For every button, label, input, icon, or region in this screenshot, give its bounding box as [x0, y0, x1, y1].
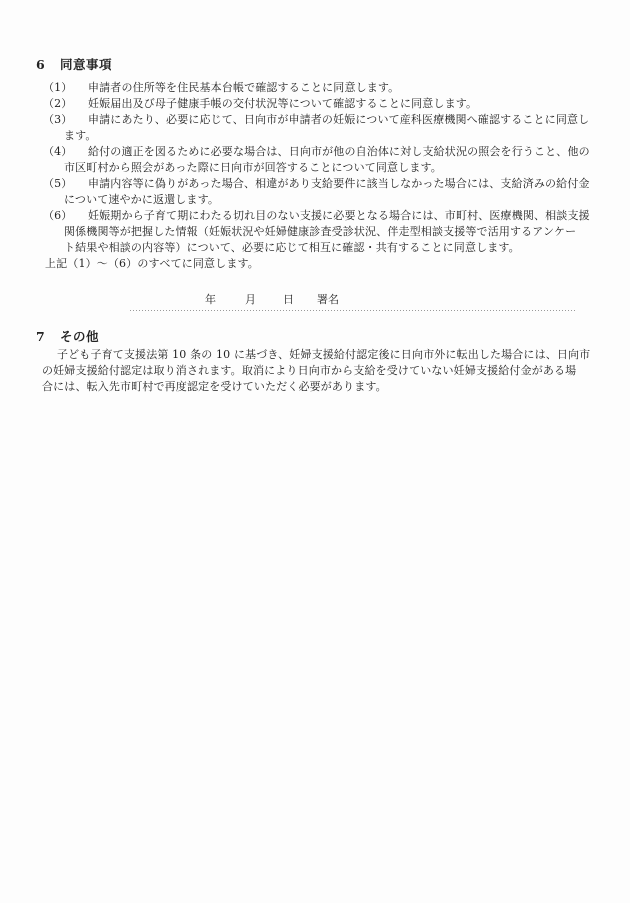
section7-paragraph: 子ども子育て支援法第 10 条の 10 に基づき、妊婦支援給付認定後に日向市外に…: [0, 347, 630, 395]
consent-item-3: （3）申請にあたり、必要に応じて、日向市が申請者の妊娠について産科医療機関へ確認…: [0, 112, 630, 128]
consent-item-3-number: （3）: [43, 112, 88, 128]
consent-item-6-continuation-1: 関係機関等が把握した情報（妊娠状況や妊婦健康診査受診状況、伴走型相談支援等で活用…: [0, 224, 630, 240]
section6-title: 同意事項: [60, 57, 112, 72]
consent-item-4-continuation: 市区町村から照会があった際に日向市が回答することについて同意します。: [0, 160, 630, 176]
consent-item-1: （1）申請者の住所等を住民基本台帳で確認することに同意します。: [0, 80, 630, 96]
consent-item-5-continuation: について速やかに返還します。: [0, 192, 630, 208]
consent-summary: 上記（1）～（6）のすべてに同意します。: [0, 256, 630, 272]
signature-label-day: 日: [283, 293, 294, 306]
consent-item-4-number: （4）: [43, 144, 88, 160]
consent-item-5-number: （5）: [43, 176, 88, 192]
section6-heading: 6同意事項: [36, 57, 112, 73]
signature-label-year: 年: [205, 293, 216, 306]
document-page: 6同意事項 （1）申請者の住所等を住民基本台帳で確認することに同意します。 （2…: [0, 0, 630, 903]
consent-item-6: （6）妊娠期から子育て期にわたる切れ目のない支援に必要となる場合には、市町村、医…: [0, 208, 630, 224]
consent-item-2-number: （2）: [43, 96, 88, 112]
consent-item-1-number: （1）: [43, 80, 88, 96]
consent-item-6-text: 妊娠期から子育て期にわたる切れ目のない支援に必要となる場合には、市町村、医療機関…: [88, 209, 590, 222]
section7-paragraph-line-1: 子ども子育て支援法第 10 条の 10 に基づき、妊婦支援給付認定後に日向市外に…: [0, 347, 630, 363]
consent-item-2-text: 妊娠届出及び母子健康手帳の交付状況等について確認することに同意します。: [88, 97, 477, 110]
signature-line: 年月日署名: [130, 292, 577, 311]
consent-item-2: （2）妊娠届出及び母子健康手帳の交付状況等について確認することに同意します。: [0, 96, 630, 112]
section7-paragraph-line-2: の妊婦支援給付認定は取り消されます。取消により日向市から支給を受けていない妊婦支…: [0, 363, 630, 379]
consent-list: （1）申請者の住所等を住民基本台帳で確認することに同意します。 （2）妊娠届出及…: [0, 80, 630, 272]
section6-number: 6: [36, 57, 60, 73]
signature-rule: [130, 310, 577, 311]
signature-label-month: 月: [245, 293, 256, 306]
section7-title: その他: [60, 329, 99, 344]
consent-item-4: （4）給付の適正を図るために必要な場合は、日向市が他の自治体に対し支給状況の照会…: [0, 144, 630, 160]
consent-item-4-text: 給付の適正を図るために必要な場合は、日向市が他の自治体に対し支給状況の照会を行う…: [88, 145, 590, 158]
section7-number: 7: [36, 329, 60, 345]
signature-label-sign: 署名: [317, 293, 339, 306]
consent-item-3-continuation: ます。: [0, 128, 630, 144]
consent-item-5: （5）申請内容等に偽りがあった場合、相違があり支給要件に該当しなかった場合には、…: [0, 176, 630, 192]
consent-item-6-continuation-2: ト結果や相談の内容等）について、必要に応じて相互に確認・共有することに同意します…: [0, 240, 630, 256]
consent-item-5-text: 申請内容等に偽りがあった場合、相違があり支給要件に該当しなかった場合には、支給済…: [88, 177, 590, 190]
consent-item-1-text: 申請者の住所等を住民基本台帳で確認することに同意します。: [88, 81, 399, 94]
section7-heading: 7その他: [36, 329, 99, 345]
section7-paragraph-line-3: 合には、転入先市町村で再度認定を受けていただく必要があります。: [0, 379, 630, 395]
consent-item-6-number: （6）: [43, 208, 88, 224]
consent-item-3-text: 申請にあたり、必要に応じて、日向市が申請者の妊娠について産科医療機関へ確認するこ…: [88, 113, 589, 126]
